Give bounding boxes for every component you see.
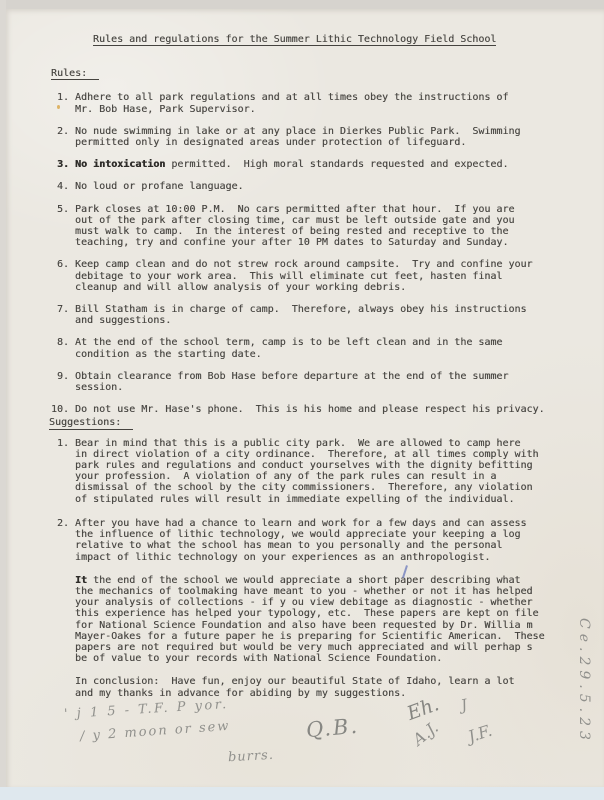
rule-text: Keep camp clean and do not strew rock ar…: [75, 259, 565, 293]
rule-number: 10.: [47, 404, 69, 415]
rule-text: Obtain clearance from Bob Hase before de…: [75, 371, 565, 393]
rule-number: 8.: [47, 337, 69, 359]
rule-item: 6.Keep camp clean and do not strew rock …: [47, 259, 572, 293]
rule-item: 10.Do not use Mr. Hase's phone. This is …: [47, 404, 572, 415]
overstruck-lead: It: [75, 575, 87, 586]
rule-text: Bill Statham is in charge of camp. There…: [75, 304, 565, 326]
rule-text: At the end of the school term, camp is t…: [75, 337, 565, 359]
rule-number: 3.: [47, 159, 69, 170]
suggestion-number: 2.: [47, 518, 69, 699]
rule-item: 8.At the end of the school term, camp is…: [47, 337, 572, 359]
rule-number: 6.: [47, 259, 69, 293]
rule-item: 4.No loud or profane language.: [47, 181, 572, 192]
suggestions-heading-row: Suggestions:: [49, 417, 572, 429]
rules-heading: Rules:: [51, 68, 99, 80]
rule-item: 9.Obtain clearance from Bob Hase before …: [47, 371, 572, 393]
paragraph: In conclusion: Have fun, enjoy our beaut…: [75, 676, 565, 698]
document-title: Rules and regulations for the Summer Lit…: [93, 34, 496, 46]
rule-number: 9.: [47, 371, 69, 393]
paragraph: Keep camp clean and do not strew rock ar…: [75, 259, 565, 293]
rule-text: No nude swimming in lake or at any place…: [75, 126, 565, 148]
suggestions-list: 1.Bear in mind that this is a public cit…: [47, 438, 572, 699]
rule-number: 2.: [47, 126, 69, 148]
rule-text: No loud or profane language.: [75, 181, 565, 192]
title-row: Rules and regulations for the Summer Lit…: [93, 34, 572, 46]
paragraph: Obtain clearance from Bob Hase before de…: [75, 371, 565, 393]
rule-item: 3.No intoxication permitted. High moral …: [47, 159, 572, 170]
paragraph: Adhere to all park regulations and at al…: [75, 92, 565, 114]
paragraph: After you have had a chance to learn and…: [75, 518, 565, 563]
paragraph: No nude swimming in lake or at any place…: [75, 126, 565, 148]
rule-item: 2.No nude swimming in lake or at any pla…: [47, 126, 572, 148]
paragraph: Do not use Mr. Hase's phone. This is his…: [75, 404, 565, 415]
suggestion-item: 2.After you have had a chance to learn a…: [47, 518, 572, 699]
paragraph: Bill Statham is in charge of camp. There…: [75, 304, 565, 326]
paragraph: It the end of the school we would apprec…: [75, 575, 565, 665]
paragraph: Park closes at 10:00 P.M. No cars permit…: [75, 204, 565, 249]
rule-number: 5.: [47, 204, 69, 249]
rule-item: 1.Adhere to all park regulations and at …: [47, 92, 572, 114]
rule-item: 5.Park closes at 10:00 P.M. No cars perm…: [47, 204, 572, 249]
paragraph: No loud or profane language.: [75, 181, 565, 192]
paragraph: No intoxication permitted. High moral st…: [75, 159, 565, 170]
rules-heading-row: Rules:: [51, 68, 572, 80]
suggestion-text: Bear in mind that this is a public city …: [75, 438, 565, 505]
rule-text: No intoxication permitted. High moral st…: [75, 159, 565, 170]
suggestion-text: After you have had a chance to learn and…: [75, 518, 565, 699]
suggestion-item: 1.Bear in mind that this is a public cit…: [47, 438, 572, 505]
suggestion-number: 1.: [47, 438, 69, 505]
rule-text: Park closes at 10:00 P.M. No cars permit…: [75, 204, 565, 249]
paragraph: At the end of the school term, camp is t…: [75, 337, 565, 359]
rules-list: 1.Adhere to all park regulations and at …: [47, 92, 572, 415]
suggestions-heading: Suggestions:: [49, 417, 133, 429]
rule-number: 7.: [47, 304, 69, 326]
overstruck-lead: No intoxication: [75, 159, 165, 170]
scan-edge-top: [0, 0, 604, 9]
rule-item: 7.Bill Statham is in charge of camp. The…: [47, 304, 572, 326]
paragraph: Bear in mind that this is a public city …: [75, 438, 565, 505]
rule-number: 1.: [47, 92, 69, 114]
rule-text: Do not use Mr. Hase's phone. This is his…: [75, 404, 565, 415]
rule-number: 4.: [47, 181, 69, 192]
rule-text: Adhere to all park regulations and at al…: [75, 92, 565, 114]
typed-content: Rules and regulations for the Summer Lit…: [47, 30, 572, 699]
